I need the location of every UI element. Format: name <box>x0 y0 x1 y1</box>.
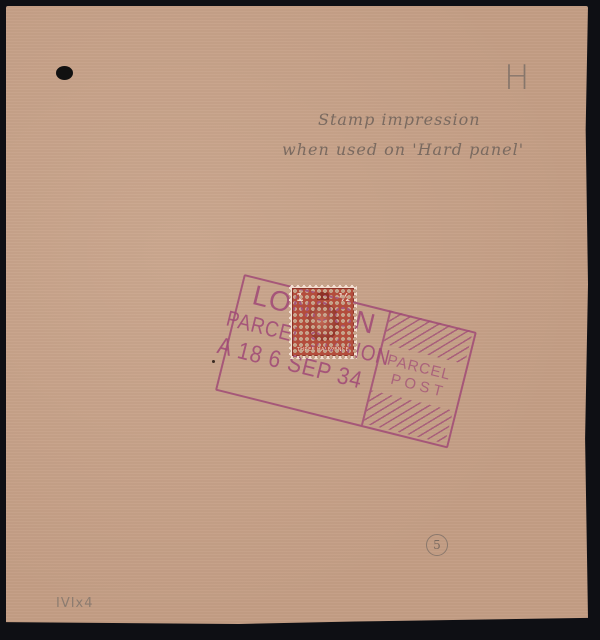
inventory-mark: IVIx4 <box>56 596 94 611</box>
paper-speck <box>212 360 215 363</box>
stamp-value-left: 1 <box>296 291 304 304</box>
postage-stamp: 1 ½ THREE HALFPENCE <box>289 285 357 359</box>
crown-icon <box>317 292 329 300</box>
stamp-denomination-label: THREE HALFPENCE <box>295 347 351 353</box>
handwritten-note-line-2: when used on 'Hard panel' <box>282 140 524 159</box>
corner-letter: H <box>504 58 530 98</box>
circled-number: 5 <box>426 534 448 556</box>
punch-hole <box>56 66 73 80</box>
stamp-design: 1 ½ THREE HALFPENCE <box>292 288 354 356</box>
handwritten-note-line-1: Stamp impression <box>318 110 481 129</box>
stamp-value-right: ½ <box>339 291 350 304</box>
document-sheet: H Stamp impression when used on 'Hard pa… <box>6 6 588 624</box>
king-portrait-icon <box>307 303 339 341</box>
